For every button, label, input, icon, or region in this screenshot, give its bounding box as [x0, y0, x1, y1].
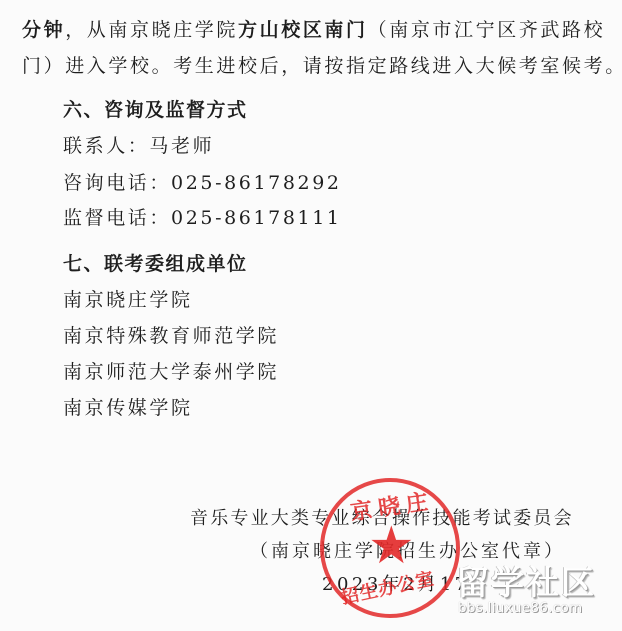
signature-date: 2023年2月17日 — [322, 573, 491, 597]
unit-item: 南京晓庄学院 — [63, 288, 193, 312]
bold-text: 分钟 — [22, 19, 65, 41]
section-7-heading: 七、联考委组成单位 — [63, 252, 248, 276]
unit-item: 南京传媒学院 — [63, 396, 193, 420]
paragraph-line-2: 门）进入学校。考生进校后，请按指定路线进入大候考室候考。 — [22, 54, 622, 78]
bold-text-location: 方山校区南门 — [238, 19, 368, 41]
section-6-heading: 六、咨询及监督方式 — [63, 98, 248, 122]
unit-item: 南京特殊教育师范学院 — [63, 324, 279, 348]
text-address: （南京市江宁区齐武路校 — [368, 19, 606, 41]
text: ，从南京晓庄学院 — [65, 19, 238, 41]
contact-person: 联系人：马老师 — [63, 134, 214, 158]
unit-item: 南京师范大学泰州学院 — [63, 360, 279, 384]
consult-phone: 咨询电话：025-86178292 — [63, 171, 342, 195]
watermark-url: bbs.liuxue86.com — [458, 600, 616, 616]
signature-office: （南京晓庄学院招生办公室代章） — [250, 540, 565, 564]
signature-committee: 音乐专业大类专业综合操作技能考试委员会 — [190, 507, 574, 531]
supervise-phone: 监督电话：025-86178111 — [63, 206, 342, 230]
paragraph-line-1: 分钟，从南京晓庄学院方山校区南门（南京市江宁区齐武路校 — [22, 18, 605, 42]
